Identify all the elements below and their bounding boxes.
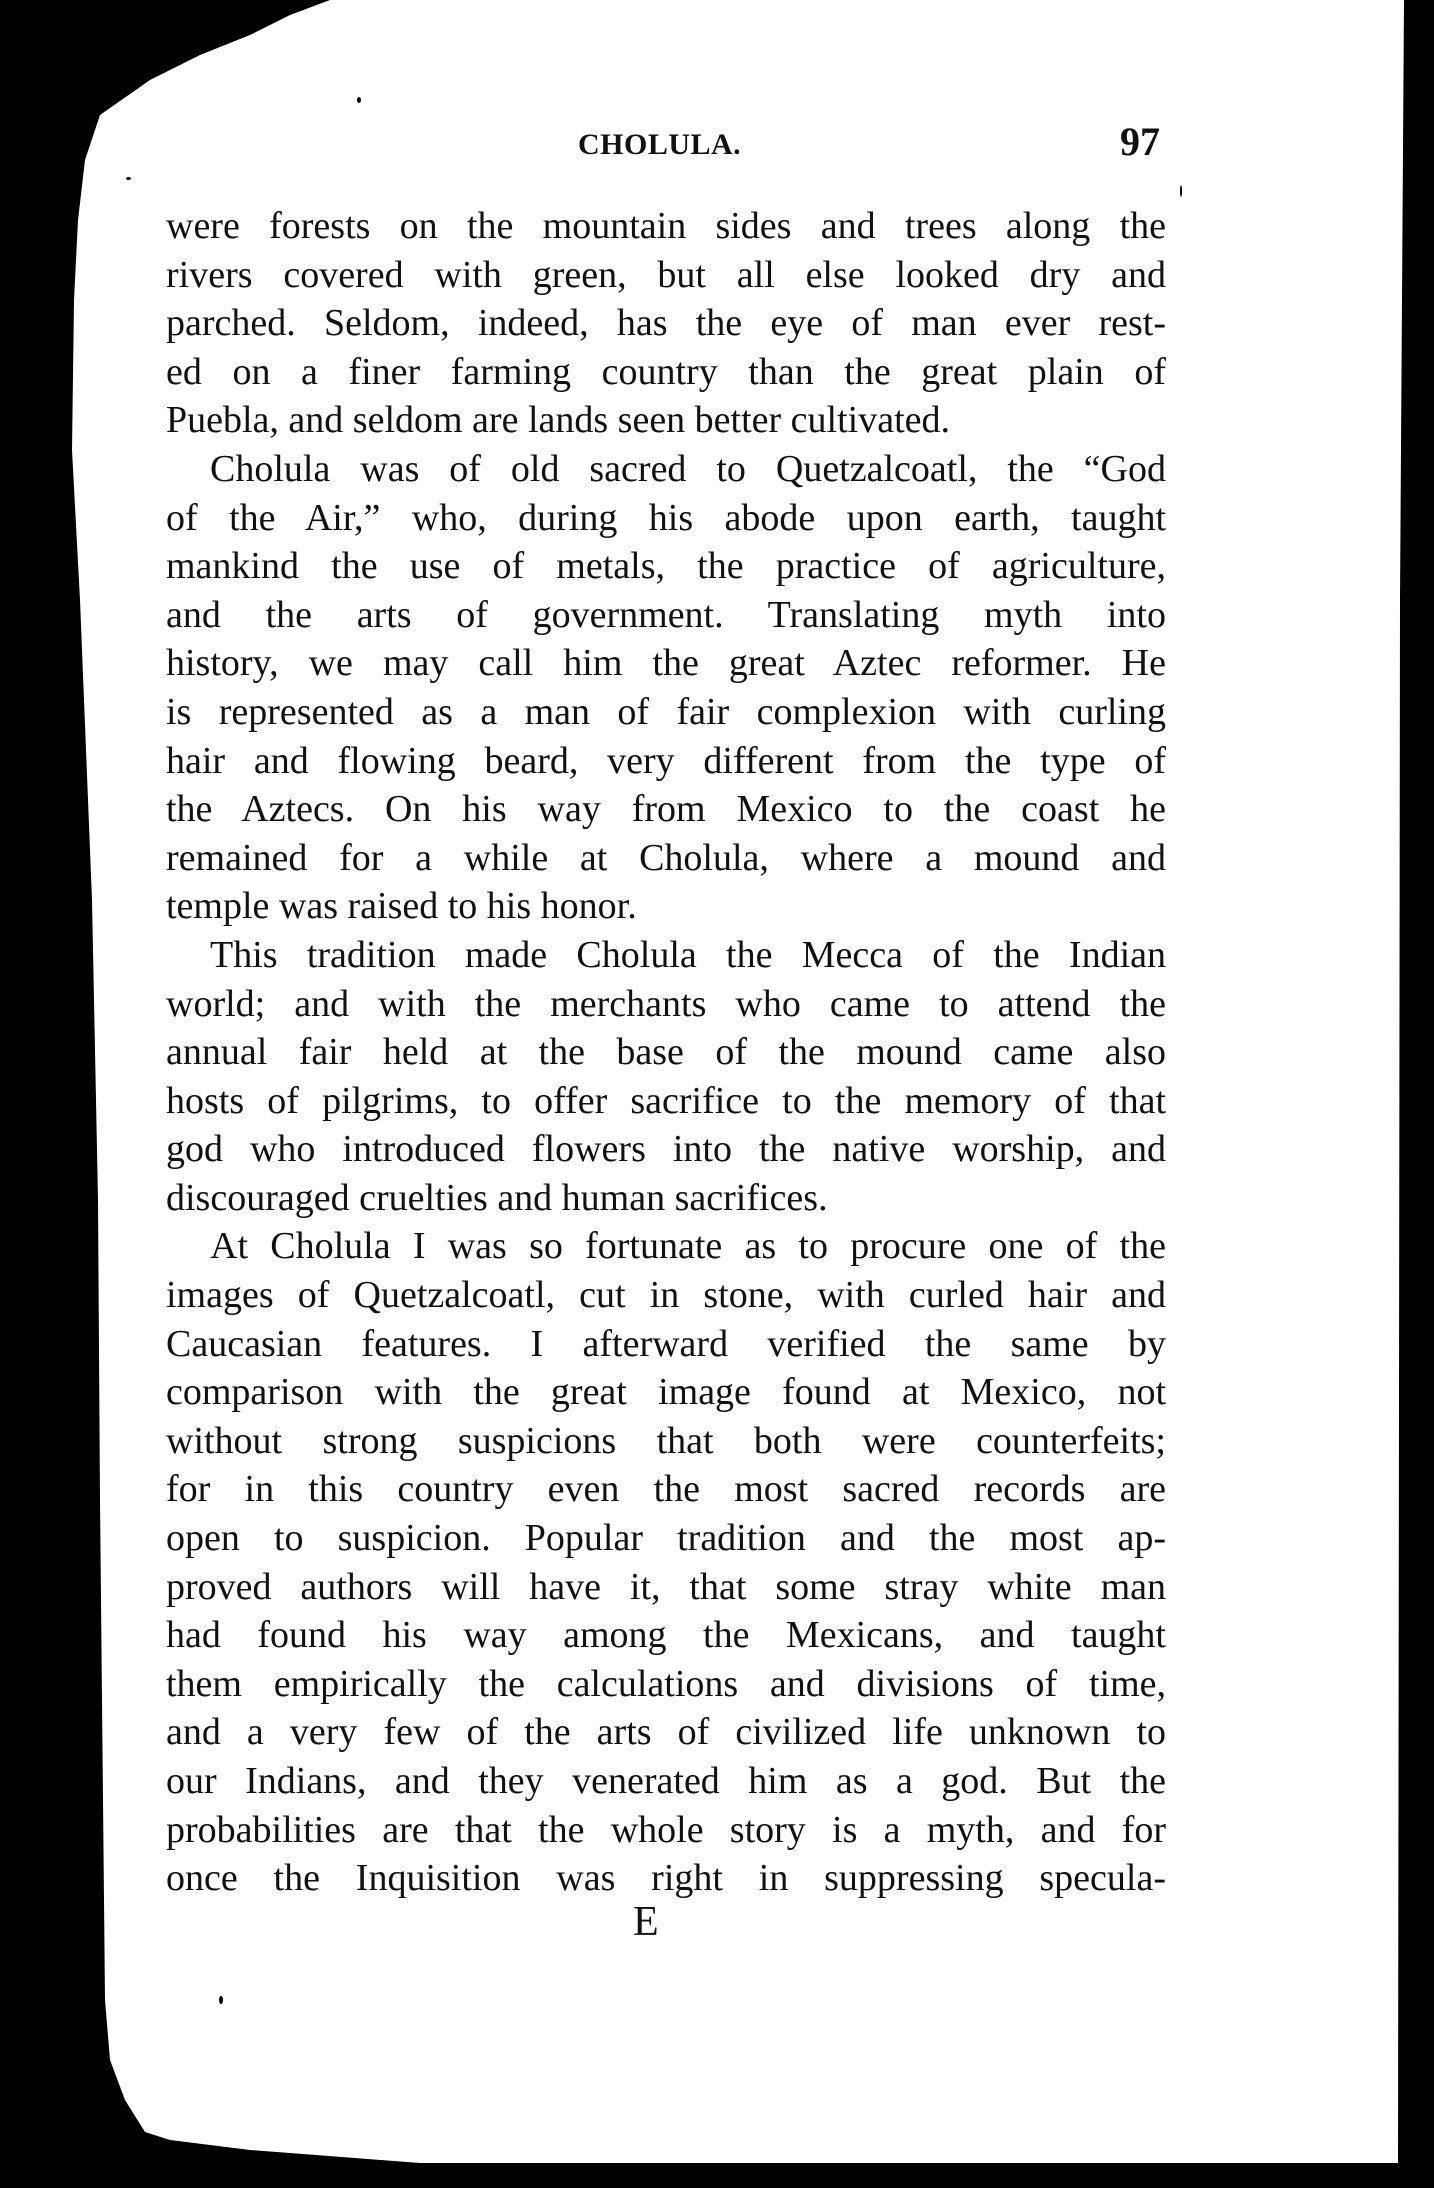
text-line: hosts of pilgrims, to offer sacrifice to… [166,1077,1166,1126]
page-number: 97 [1120,118,1160,165]
text-line: hair and flowing beard, very different f… [166,737,1166,786]
scan-speck [219,1996,223,2004]
text-line: parched. Seldom, indeed, has the eye of … [166,299,1166,348]
signature-mark: E [633,1898,659,1946]
text-line: images of Quetzalcoatl, cut in stone, wi… [166,1271,1166,1320]
text-line: ed on a finer farming country than the g… [166,348,1166,397]
text-line: history, we may call him the great Aztec… [166,639,1166,688]
paragraph-1: were forests on the mountain sides and t… [166,202,1166,445]
text-line: the Aztecs. On his way from Mexico to th… [166,785,1166,834]
text-line: rivers covered with green, but all else … [166,251,1166,300]
text-line: once the Inquisition was right in suppre… [166,1854,1166,1903]
text-line: and a very few of the arts of civilized … [166,1708,1166,1757]
text-line: remained for a while at Cholula, where a… [166,834,1166,883]
scan-speck [1180,185,1182,197]
text-line: mankind the use of metals, the practice … [166,542,1166,591]
running-head: CHOLULA. [578,128,741,162]
text-line: comparison with the great image found at… [166,1368,1166,1417]
text-line: Caucasian features. I afterward verified… [166,1320,1166,1369]
text-line: open to suspicion. Popular tradition and… [166,1514,1166,1563]
book-page: CHOLULA. 97 were forests on the mountain… [0,0,1434,2188]
text-line: This tradition made Cholula the Mecca of… [166,931,1166,980]
text-line: temple was raised to his honor. [166,882,1166,931]
text-line: probabilities are that the whole story i… [166,1806,1166,1855]
text-line: annual fair held at the base of the moun… [166,1028,1166,1077]
text-line: At Cholula I was so fortunate as to proc… [166,1222,1166,1271]
paragraph-2: Cholula was of old sacred to Quetzalcoat… [166,445,1166,931]
text-line: had found his way among the Mexicans, an… [166,1611,1166,1660]
text-line: Cholula was of old sacred to Quetzalcoat… [166,445,1166,494]
text-line: and the arts of government. Translating … [166,591,1166,640]
text-line: Puebla, and seldom are lands seen better… [166,396,1166,445]
scan-speck [126,177,131,180]
text-line: them empirically the calculations and di… [166,1660,1166,1709]
text-line: world; and with the merchants who came t… [166,980,1166,1029]
text-line: for in this country even the most sacred… [166,1465,1166,1514]
paragraph-4: At Cholula I was so fortunate as to proc… [166,1222,1166,1902]
scan-speck [357,97,361,103]
paragraph-3: This tradition made Cholula the Mecca of… [166,931,1166,1223]
text-line: our Indians, and they venerated him as a… [166,1757,1166,1806]
text-line: were forests on the mountain sides and t… [166,202,1166,251]
text-line: is represented as a man of fair complexi… [166,688,1166,737]
text-line: god who introduced flowers into the nati… [166,1125,1166,1174]
text-line: of the Air,” who, during his abode upon … [166,494,1166,543]
text-line: discouraged cruelties and human sacrific… [166,1174,1166,1223]
text-line: proved authors will have it, that some s… [166,1563,1166,1612]
text-line: without strong suspicions that both were… [166,1417,1166,1466]
body-text: were forests on the mountain sides and t… [166,202,1166,1903]
